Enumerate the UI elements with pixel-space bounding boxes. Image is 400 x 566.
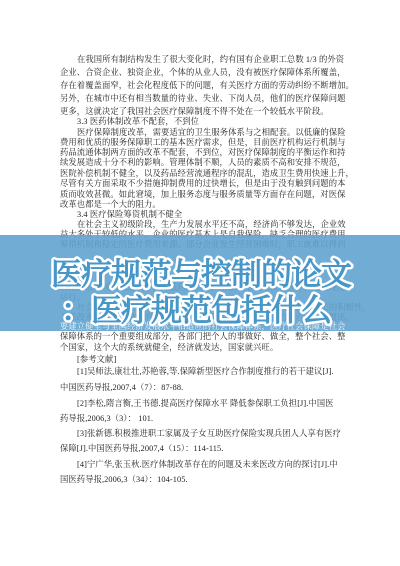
doc-line: [4]宁广华,张玉秋.医疗体制改革存在的问题及未来医改方向的探讨[J].中 xyxy=(60,461,367,469)
doc-line: 更多，这就决定了我国社会医疗保障制度不得不处在一个较低水平阶段。 xyxy=(60,108,350,116)
doc-line: [参考文献] xyxy=(60,356,367,364)
doc-line: 尽管有关方面采取不少措施抑制费用的过快增长，但是由于没有触到问题的本 xyxy=(60,180,350,188)
doc-line: 改革也都是一个大的阻力。 xyxy=(60,201,350,209)
doc-line: 国医药导报,2006,3（34）：104-105. xyxy=(60,476,350,484)
doc-line: 药品流通体制两方面的改革不配套，不到位，对医疗保障制度的平衡运作和持 xyxy=(60,149,350,157)
doc-line: 企业、合资企业、独资企业，个体的从业人员，没有被医疗保障体系所覆盖， xyxy=(60,69,350,77)
watermark-title-line2: ：医疗规范包括什么 xyxy=(61,293,332,329)
doc-line: 保障[J].中国医药导报,2007,4（15）：114-115. xyxy=(60,445,350,453)
doc-line: 存在着覆盖面窄，社会化程度低下的问题，有关医疗方面的劳动纠纷不断增加。 xyxy=(60,82,350,90)
doc-line: 费用和优质的服务保障职工的基本医疗需求，但是，目前医疗机构运行机制与 xyxy=(60,139,350,147)
doc-line: 在我国所有制结构发生了很大变化时，约有国有企业职工总数 1/3 的外资 xyxy=(60,56,367,64)
doc-line: 质而收效甚微。如此窘境，加上服务态度与服务质量等方面存在问题，对医保 xyxy=(60,191,350,199)
doc-line: 另外，在城市中还有相当数量的待业、失业、下岗人员，他们的医疗保障问题 xyxy=(60,95,350,103)
doc-line: 医疗保障制度改革，需要适宜的卫生服务体系与之相配套。以低廉的保险 xyxy=(60,129,367,137)
doc-line: 续发展造成十分不利的影响。管理体制不顺，人员的素质不高和安排不规范， xyxy=(60,159,350,167)
article-page: 在我国所有制结构发生了很大变化时，约有国有企业职工总数 1/3 的外资企业、合资… xyxy=(0,0,400,566)
watermark-title: 医疗规范与控制的论文 ：医疗规范包括什么 xyxy=(0,230,400,340)
doc-line: [3]张新德.积极推进职工家属及子女互助医疗保险实现兵团人人享有医疗 xyxy=(60,430,367,438)
doc-line: [1]吴师法,康壮壮,苏艳蓉,等.保障新型医疗合作制度推行的若干建议[J]. xyxy=(60,368,367,376)
doc-line: [2]李松,隋言衡,王书德.提高医疗保障水平 降低参保职工负担[J].中国医 xyxy=(60,400,367,408)
doc-line: 医院补偿机制不健全，以及药品经营流通程序的混乱，造成卫生费用快速上升， xyxy=(60,170,350,178)
doc-line: 3.4 医疗保险筹资机制不健全 xyxy=(60,211,367,219)
doc-line: 3.3 医药体制改革不配套，不到位 xyxy=(60,118,367,126)
watermark-title-line1: 医疗规范与控制的论文 xyxy=(51,257,352,293)
doc-line: 药导报,2006,3（3）： 101. xyxy=(60,415,350,423)
doc-line: 中国医药导报,2007,4（7）：87-88. xyxy=(60,384,350,392)
doc-line: 个国家，这个大的系统就健全，经济就发达，国家就兴旺。 xyxy=(60,344,350,352)
doc-line: 在社会主义初级阶段，生产力发展水平还不高，经济尚不够发达，企业效 xyxy=(60,221,367,229)
